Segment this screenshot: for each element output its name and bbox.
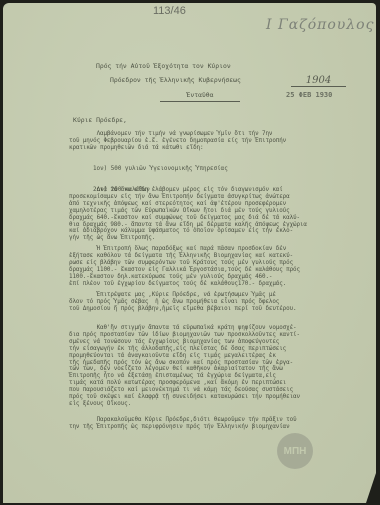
handwritten-note: Ι Γαζόπουλος bbox=[266, 17, 374, 33]
list-item: 1ον) 500 γυλιῶν Ὑγειονομικῆς Ὑπηρεσίας bbox=[93, 166, 228, 173]
paragraph-2: Διά τά ἄνω εἴδη ἐλάβομεν μέρος εἰς τόν δ… bbox=[69, 187, 369, 242]
paragraph-4: Ἐπιτρέψατε μας ,Κύριε Πρόεδρε, νά ἐρωτήσ… bbox=[69, 292, 369, 313]
address-line-3: Ἐνταῦθα bbox=[160, 91, 240, 102]
paragraph-1: Λαμβάνομεν τήν τιμήν νά γνωρίσωμεν Ὑμῖν … bbox=[69, 131, 369, 152]
salutation: Κύριε Πρόεδρε, bbox=[73, 116, 127, 124]
document-page: 113/46 Ι Γαζόπουλος Πρός τήν Αὐτοῦ Ἐξοχό… bbox=[3, 3, 376, 503]
archive-watermark-logo: ΜΠΗ bbox=[277, 433, 313, 469]
paragraph-5: Καθ'ἥν στιγμήν ἅπαντα τά εὐρωπαϊκά κράτη… bbox=[69, 325, 369, 408]
paragraph-6: Παρακαλοῦμεθα Κύριε Πρόεδρε,διότι θεωροῦ… bbox=[69, 417, 369, 431]
archive-number: 113/46 bbox=[153, 5, 186, 17]
paragraph-3: Ἡ Ἐπιτροπή ὅλως παραδόξως καί παρά πᾶσαν… bbox=[69, 246, 369, 287]
page-corner-fold bbox=[366, 473, 376, 503]
address-line-1: Πρός τήν Αὐτοῦ Ἐξοχότητα τον Κύριον bbox=[96, 62, 380, 70]
stamp-date: 25 ΦΕΒ 1930 bbox=[286, 91, 332, 99]
stamp-number: 1904 bbox=[291, 75, 346, 87]
watermark-text: ΜΠΗ bbox=[284, 446, 307, 457]
